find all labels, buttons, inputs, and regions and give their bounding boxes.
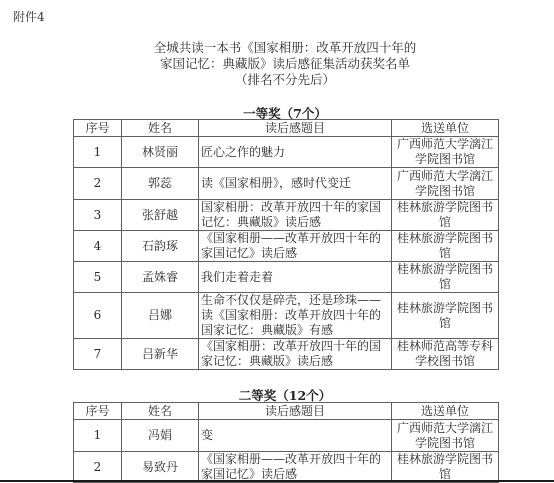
cell-title: 国家相册：改革开放四十年的家国记忆：典藏版》读后感: [199, 200, 392, 231]
document-title: 全城共读一本书《国家相册：改革开放四十年的 家国记忆：典藏版》读后感征集活动获奖…: [130, 40, 440, 88]
table-row: 6 吕娜 生命不仅仅是碎壳，还是珍珠——读《国家相册：改革开放四十年的国家记忆：…: [74, 293, 499, 339]
table-header-row: 序号 姓名 读后感题目 选送单位: [74, 403, 499, 420]
header-name: 姓名: [122, 120, 199, 137]
cell-unit: 桂林旅游学院图书馆: [392, 200, 499, 231]
cell-title: 匠心之作的魅力: [199, 137, 392, 168]
cell-unit: 桂林旅游学院图书馆: [392, 262, 499, 293]
cell-title: 《国家相册：改革开放四十年的国家记忆：典藏版》读后感: [199, 339, 392, 370]
cell-no: 1: [74, 137, 122, 168]
table-row: 1 林贤丽 匠心之作的魅力 广西师范大学漓江学院图书馆: [74, 137, 499, 168]
header-title: 读后感题目: [199, 120, 392, 137]
page-bottom-rule: [0, 480, 554, 482]
cell-no: 1: [74, 420, 122, 452]
cell-unit: 桂林旅游学院图书馆: [392, 452, 499, 483]
table-header-row: 序号 姓名 读后感题目 选送单位: [74, 120, 499, 137]
cell-name: 孟姝睿: [122, 262, 199, 293]
header-name: 姓名: [122, 403, 199, 420]
cell-title: 《国家相册——改革开放四十年的家国记忆》读后感: [199, 231, 392, 262]
table-row: 4 石韵琢 《国家相册——改革开放四十年的家国记忆》读后感 桂林旅游学院图书馆: [74, 231, 499, 262]
cell-no: 2: [74, 168, 122, 200]
header-no: 序号: [74, 403, 122, 420]
cell-no: 4: [74, 231, 122, 262]
cell-name: 易致丹: [122, 452, 199, 483]
cell-name: 吕娜: [122, 293, 199, 339]
second-prize-table: 序号 姓名 读后感题目 选送单位 1 冯娟 变 广西师范大学漓江学院图书馆 2 …: [73, 402, 499, 483]
title-line-1: 全城共读一本书《国家相册：改革开放四十年的: [130, 40, 440, 56]
cell-name: 林贤丽: [122, 137, 199, 168]
header-title: 读后感题目: [199, 403, 392, 420]
attachment-label: 附件4: [13, 8, 45, 25]
cell-title: 变: [199, 420, 392, 452]
header-no: 序号: [74, 120, 122, 137]
table-row: 3 张舒越 国家相册：改革开放四十年的家国记忆：典藏版》读后感 桂林旅游学院图书…: [74, 200, 499, 231]
cell-unit: 广西师范大学漓江学院图书馆: [392, 137, 499, 168]
cell-title: 生命不仅仅是碎壳，还是珍珠——读《国家相册：改革开放四十年的国家记忆：典藏版》有…: [199, 293, 392, 339]
cell-no: 2: [74, 452, 122, 483]
cell-name: 郭蕊: [122, 168, 199, 200]
cell-name: 张舒越: [122, 200, 199, 231]
cell-no: 5: [74, 262, 122, 293]
table-row: 2 郭蕊 读《国家相册》，感时代变迁 广西师范大学漓江学院图书馆: [74, 168, 499, 200]
cell-title: 读《国家相册》，感时代变迁: [199, 168, 392, 200]
cell-title: 《国家相册——改革开放四十年的家国记忆》读后感: [199, 452, 392, 483]
cell-name: 吕新华: [122, 339, 199, 370]
cell-title: 我们走着走着: [199, 262, 392, 293]
cell-no: 6: [74, 293, 122, 339]
title-line-3: （排名不分先后）: [130, 72, 440, 88]
title-line-2: 家国记忆：典藏版》读后感征集活动获奖名单: [130, 56, 440, 72]
cell-unit: 广西师范大学漓江学院图书馆: [392, 420, 499, 452]
table-row: 2 易致丹 《国家相册——改革开放四十年的家国记忆》读后感 桂林旅游学院图书馆: [74, 452, 499, 483]
cell-name: 石韵琢: [122, 231, 199, 262]
first-prize-table: 序号 姓名 读后感题目 选送单位 1 林贤丽 匠心之作的魅力 广西师范大学漓江学…: [73, 119, 499, 370]
cell-unit: 广西师范大学漓江学院图书馆: [392, 168, 499, 200]
cell-no: 7: [74, 339, 122, 370]
table-row: 7 吕新华 《国家相册：改革开放四十年的国家记忆：典藏版》读后感 桂林师范高等专…: [74, 339, 499, 370]
cell-no: 3: [74, 200, 122, 231]
table-row: 1 冯娟 变 广西师范大学漓江学院图书馆: [74, 420, 499, 452]
header-unit: 选送单位: [392, 120, 499, 137]
cell-unit: 桂林师范高等专科学校图书馆: [392, 339, 499, 370]
header-unit: 选送单位: [392, 403, 499, 420]
cell-unit: 桂林旅游学院图书馆: [392, 231, 499, 262]
cell-name: 冯娟: [122, 420, 199, 452]
cell-unit: 桂林旅游学院图书馆: [392, 293, 499, 339]
table-row: 5 孟姝睿 我们走着走着 桂林旅游学院图书馆: [74, 262, 499, 293]
